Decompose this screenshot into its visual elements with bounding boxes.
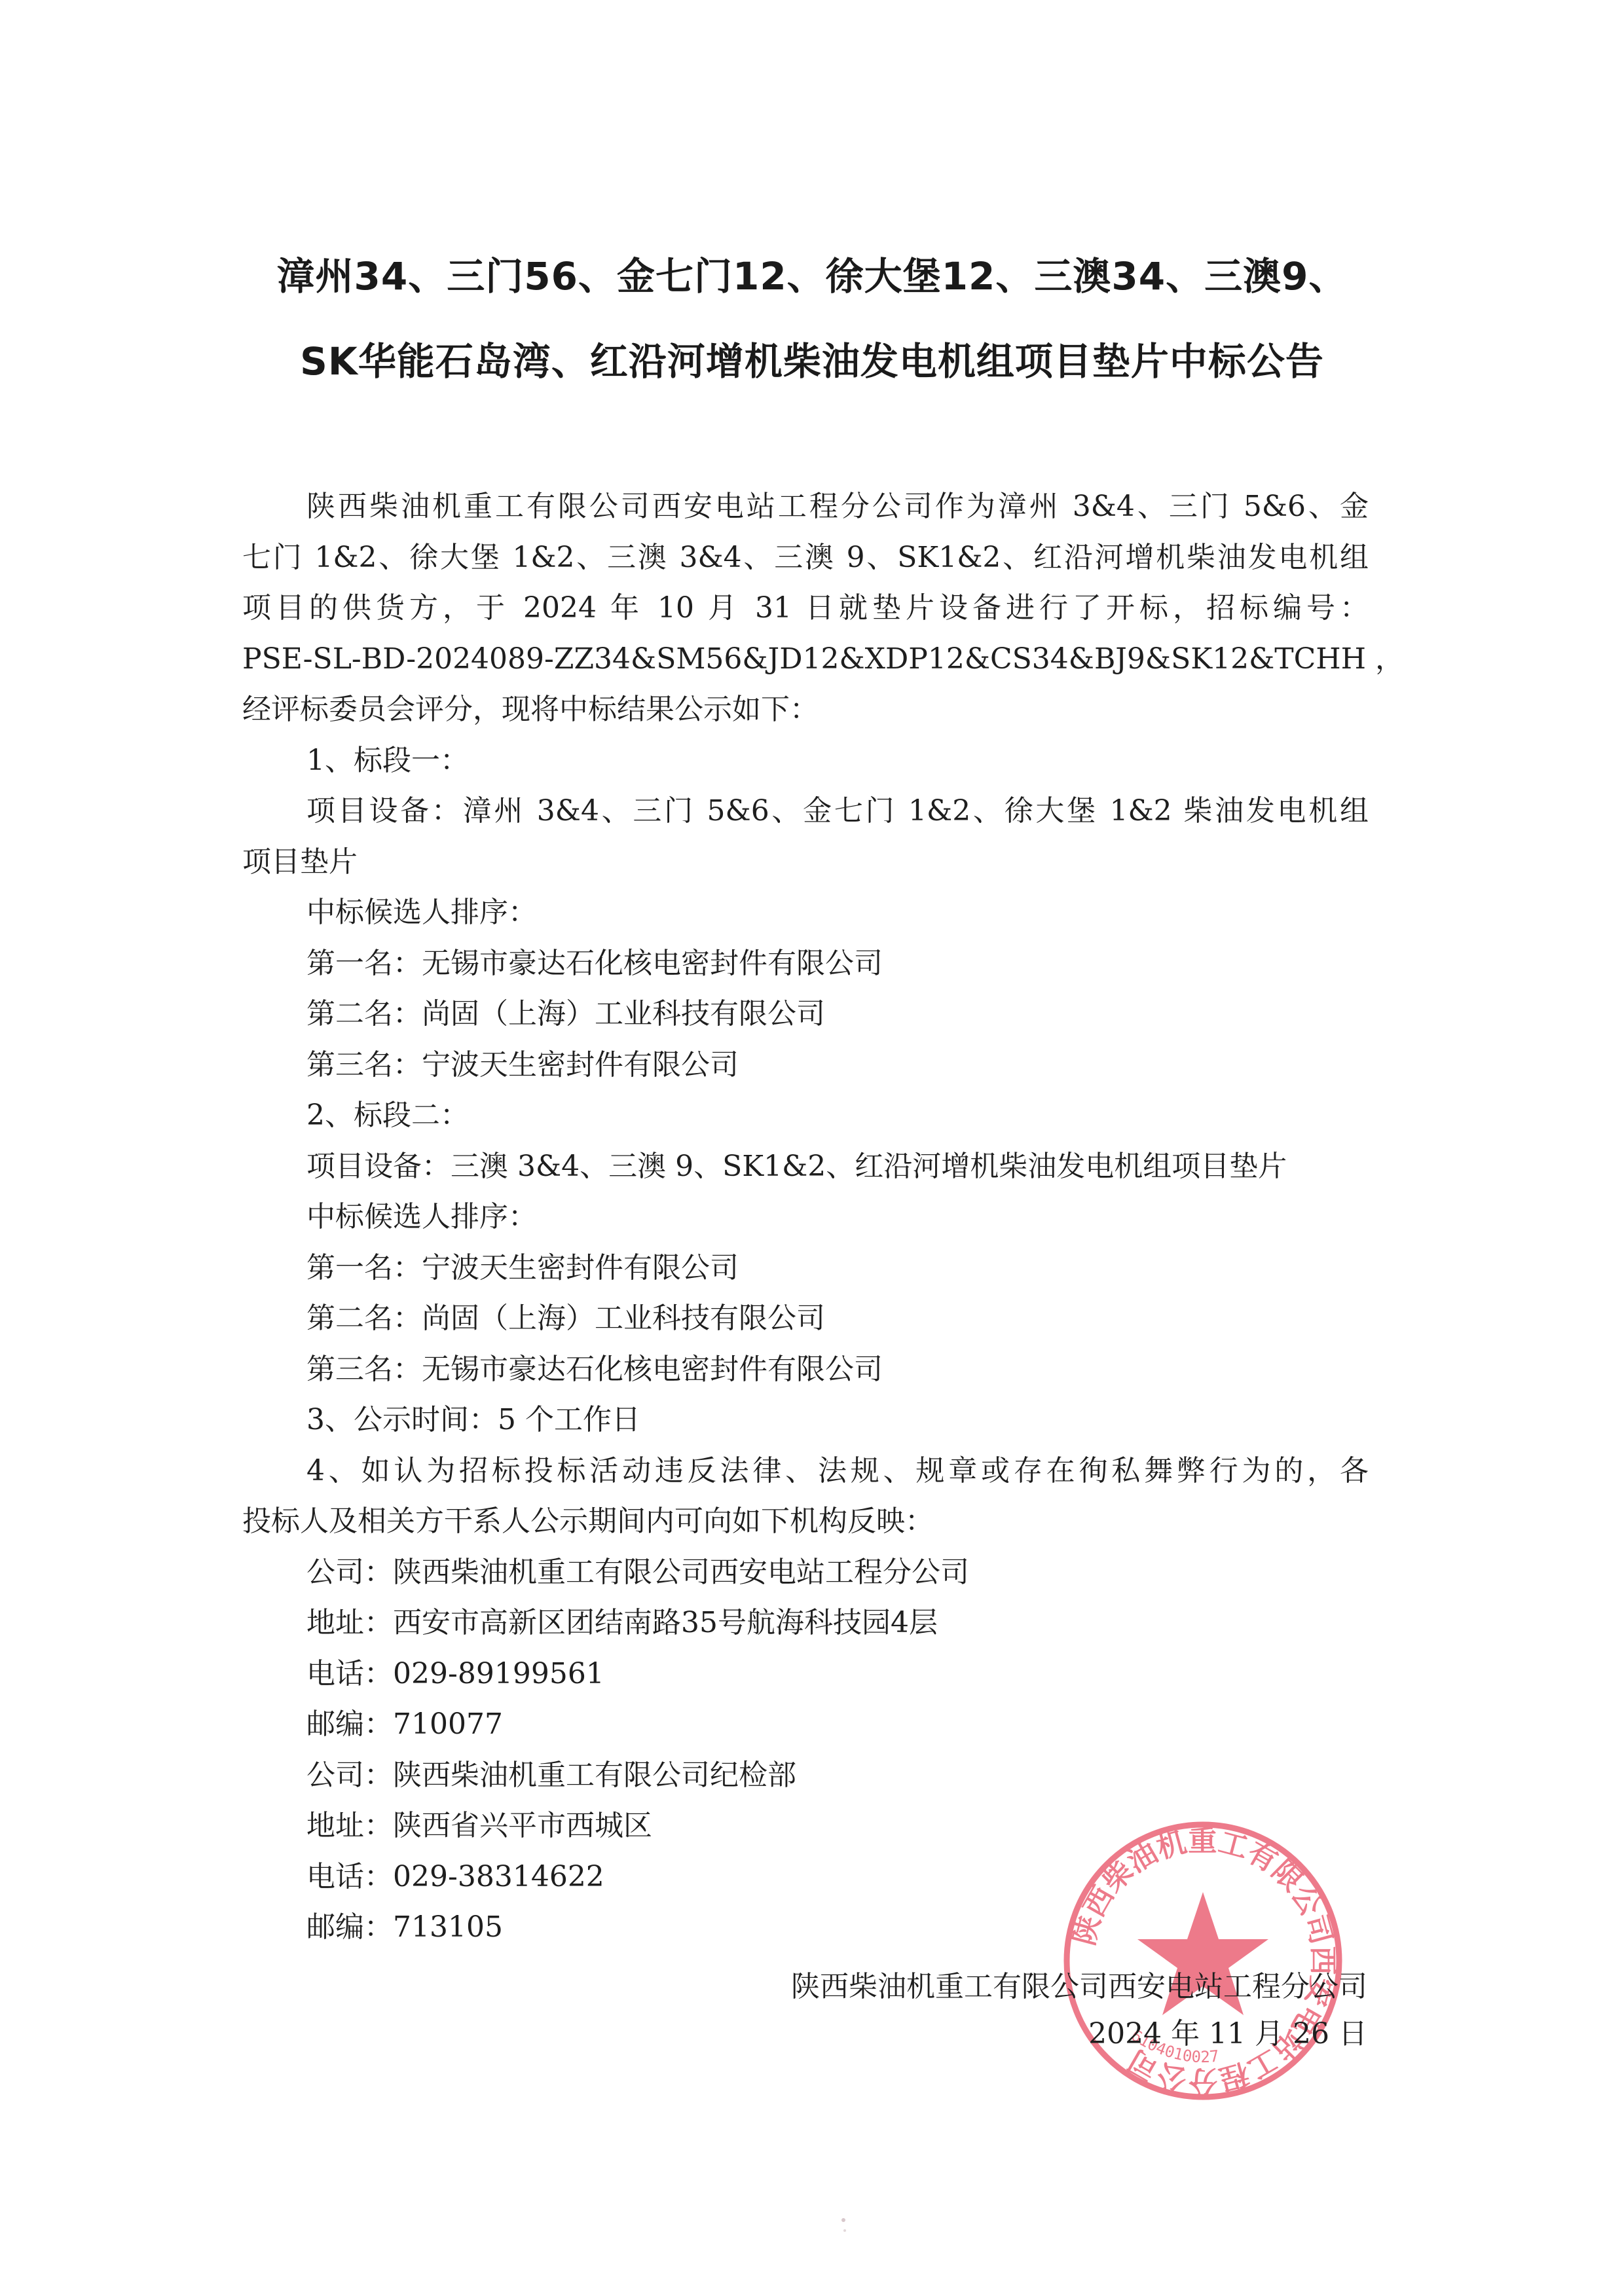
section-2-heading: 2、标段二： — [242, 1090, 1369, 1141]
contact-2-address: 地址：陕西省兴平市西城区 — [242, 1800, 1369, 1851]
intro-line: 经评标委员会评分，现将中标结果公示如下： — [242, 684, 1369, 735]
document-page: 漳州34、三门56、金七门12、徐大堡12、三澳34、三澳9、 SK华能石岛湾、… — [0, 0, 1624, 2296]
signature-organization: 陕西柴油机重工有限公司西安电站工程分公司 — [791, 1963, 1367, 2005]
section-3-publicity-period: 3、公示时间：5 个工作日 — [242, 1394, 1369, 1446]
title-line-1: 漳州34、三门56、金七门12、徐大堡12、三澳34、三澳9、 — [196, 246, 1428, 301]
signature-date: 2024 年 11 月 26 日 — [1088, 2010, 1367, 2052]
section-2-rank-2: 第二名：尚固（上海）工业科技有限公司 — [242, 1293, 1369, 1344]
section-2-ranking-label: 中标候选人排序： — [242, 1192, 1369, 1243]
contact-2-phone: 电话：029-38314622 — [242, 1851, 1369, 1903]
section-1-rank-2: 第二名：尚固（上海）工业科技有限公司 — [242, 989, 1369, 1040]
intro-line: 七门 1&2、徐大堡 1&2、三澳 3&4、三澳 9、SK1&2、红沿河增机柴油… — [242, 532, 1369, 583]
section-2-rank-1: 第一名：宁波天生密封件有限公司 — [242, 1243, 1369, 1294]
section-2-rank-3: 第三名：无锡市豪达石化核电密封件有限公司 — [242, 1344, 1369, 1395]
section-1-ranking-label: 中标候选人排序： — [242, 887, 1369, 938]
section-1-equipment: 项目垫片 — [242, 837, 1369, 888]
intro-line: 陕西柴油机重工有限公司西安电站工程分公司作为漳州 3&4、三门 5&6、金 — [242, 481, 1369, 532]
contact-1-phone: 电话：029-89199561 — [242, 1649, 1369, 1700]
title-line-2: SK华能石岛湾、红沿河增机柴油发电机组项目垫片中标公告 — [196, 331, 1428, 386]
scan-artifact — [840, 2216, 849, 2242]
contact-2-company: 公司：陕西柴油机重工有限公司纪检部 — [242, 1750, 1369, 1801]
section-1-equipment: 项目设备：漳州 3&4、三门 5&6、金七门 1&2、徐大堡 1&2 柴油发电机… — [242, 786, 1369, 837]
section-1-rank-1: 第一名：无锡市豪达石化核电密封件有限公司 — [242, 938, 1369, 989]
contact-1-company: 公司：陕西柴油机重工有限公司西安电站工程分公司 — [242, 1547, 1369, 1598]
section-4-text: 4、如认为招标投标活动违反法律、法规、规章或存在徇私舞弊行为的，各 — [242, 1446, 1369, 1497]
section-4-text: 投标人及相关方干系人公示期间内可向如下机构反映： — [242, 1496, 1369, 1547]
section-1-rank-3: 第三名：宁波天生密封件有限公司 — [242, 1040, 1369, 1091]
section-1-heading: 1、标段一： — [242, 735, 1369, 786]
contact-1-postcode: 邮编：710077 — [242, 1699, 1369, 1750]
intro-line: 项目的供货方，于 2024 年 10 月 31 日就垫片设备进行了开标，招标编号… — [242, 583, 1369, 634]
contact-1-address: 地址：西安市高新区团结南路35号航海科技园4层 — [242, 1597, 1369, 1649]
tender-number: PSE-SL-BD-2024089-ZZ34&SM56&JD12&XDP12&C… — [242, 634, 1369, 685]
section-2-equipment: 项目设备：三澳 3&4、三澳 9、SK1&2、红沿河增机柴油发电机组项目垫片 — [242, 1141, 1369, 1192]
contact-2-postcode: 邮编：713105 — [242, 1902, 1369, 1953]
document-body: 陕西柴油机重工有限公司西安电站工程分公司作为漳州 3&4、三门 5&6、金 七门… — [242, 481, 1369, 1953]
